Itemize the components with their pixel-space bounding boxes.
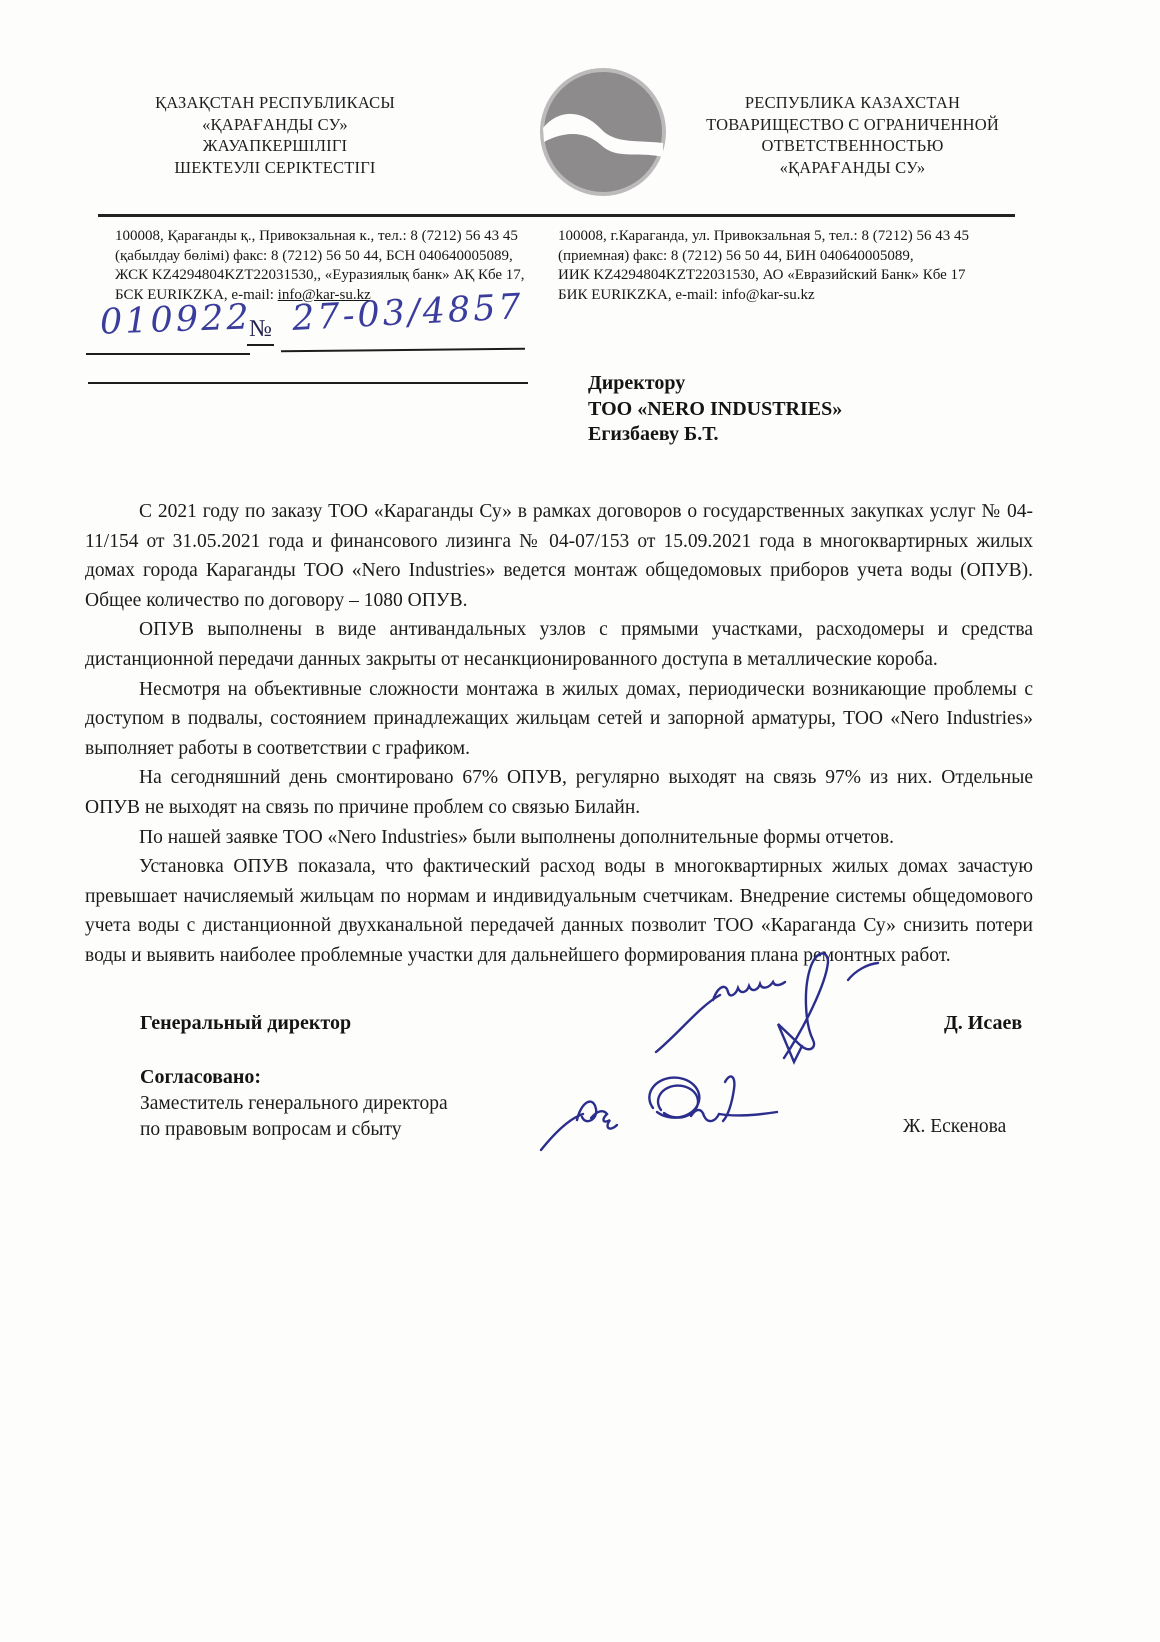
address-line: 100008, г.Караганда, ул. Привокзальная 5… bbox=[558, 227, 1003, 247]
letterhead-left-org: ҚАЗАҚСТАН РЕСПУБЛИКАСЫ «ҚАРАҒАНДЫ СУ» ЖА… bbox=[105, 92, 445, 178]
address-line: 100008, Қарағанды қ., Привокзальная к., … bbox=[115, 227, 560, 247]
reference-underline bbox=[281, 348, 525, 353]
org-name-line: ШЕКТЕУЛІ СЕРІКТЕСТІГІ bbox=[105, 157, 445, 179]
org-name-line: «ҚАРАҒАНДЫ СУ» bbox=[665, 157, 1040, 179]
org-name-line: ЖАУАПКЕРШІЛІГІ bbox=[105, 135, 445, 157]
org-name-line: ТОВАРИЩЕСТВО С ОГРАНИЧЕННОЙ bbox=[665, 114, 1040, 136]
director-name: Д. Исаев bbox=[944, 1012, 1022, 1035]
address-line: (приемная) факс: 8 (7212) 56 50 44, БИН … bbox=[558, 247, 1003, 267]
body-paragraph: По нашей заявке ТОО «Nero Industries» бы… bbox=[85, 823, 1033, 853]
deputy-title-line2: по правовым вопросам и сбыту bbox=[140, 1119, 402, 1141]
letter-body: С 2021 году по заказу ТОО «Караганды Су»… bbox=[85, 497, 1033, 971]
scanned-letter-page: ҚАЗАҚСТАН РЕСПУБЛИКАСЫ «ҚАРАҒАНДЫ СУ» ЖА… bbox=[0, 0, 1160, 1642]
director-signature-ink bbox=[650, 948, 890, 1073]
org-name-line: ОТВЕТСТВЕННОСТЬЮ bbox=[665, 135, 1040, 157]
address-line: (қабылдау бөлімі) факс: 8 (7212) 56 50 4… bbox=[115, 247, 560, 267]
right-address-block: 100008, г.Караганда, ул. Привокзальная 5… bbox=[558, 227, 1003, 305]
addressee-block: Директору ТОО «NERO INDUSTRIES» Егизбаев… bbox=[588, 371, 842, 448]
address-line: БИК EURIKZKA, e-mail: info@kar-su.kz bbox=[558, 286, 1003, 306]
reference-underline bbox=[88, 382, 528, 384]
letterhead-right-org: РЕСПУБЛИКА КАЗАХСТАН ТОВАРИЩЕСТВО С ОГРА… bbox=[665, 92, 1040, 178]
org-name-line: «ҚАРАҒАНДЫ СУ» bbox=[105, 114, 445, 136]
org-name-line: РЕСПУБЛИКА КАЗАХСТАН bbox=[665, 92, 1040, 114]
body-paragraph: ОПУВ выполнены в виде антивандальных узл… bbox=[85, 615, 1033, 674]
body-paragraph: С 2021 году по заказу ТОО «Караганды Су»… bbox=[85, 497, 1033, 615]
address-line: ИИК KZ4294804KZT22031530, АО «Евразийски… bbox=[558, 266, 1003, 286]
addressee-company: ТОО «NERO INDUSTRIES» bbox=[588, 397, 842, 423]
body-paragraph: Несмотря на объективные сложности монтаж… bbox=[85, 675, 1033, 764]
addressee-title: Директору bbox=[588, 371, 842, 397]
letterhead-divider-line bbox=[98, 214, 1015, 217]
body-paragraph: На сегодняшний день смонтировано 67% ОПУ… bbox=[85, 763, 1033, 822]
deputy-signature-ink bbox=[535, 1066, 805, 1156]
handwritten-outgoing-date: 010922 bbox=[99, 297, 252, 342]
address-line: ЖСК KZ4294804KZT22031530,, «Еуразиялық б… bbox=[115, 266, 560, 286]
body-paragraph: Установка ОПУВ показала, что фактический… bbox=[85, 852, 1033, 970]
org-name-line: ҚАЗАҚСТАН РЕСПУБЛИКАСЫ bbox=[105, 92, 445, 114]
addressee-person: Егизбаеву Б.Т. bbox=[588, 422, 842, 448]
company-logo-icon bbox=[539, 67, 667, 197]
reference-underline bbox=[86, 353, 250, 355]
number-sign: № bbox=[247, 316, 274, 346]
deputy-title-line1: Заместитель генерального директора bbox=[140, 1093, 448, 1115]
deputy-name: Ж. Ескенова bbox=[903, 1116, 1006, 1138]
approved-label: Согласовано: bbox=[140, 1066, 261, 1089]
director-title: Генеральный директор bbox=[140, 1012, 351, 1035]
